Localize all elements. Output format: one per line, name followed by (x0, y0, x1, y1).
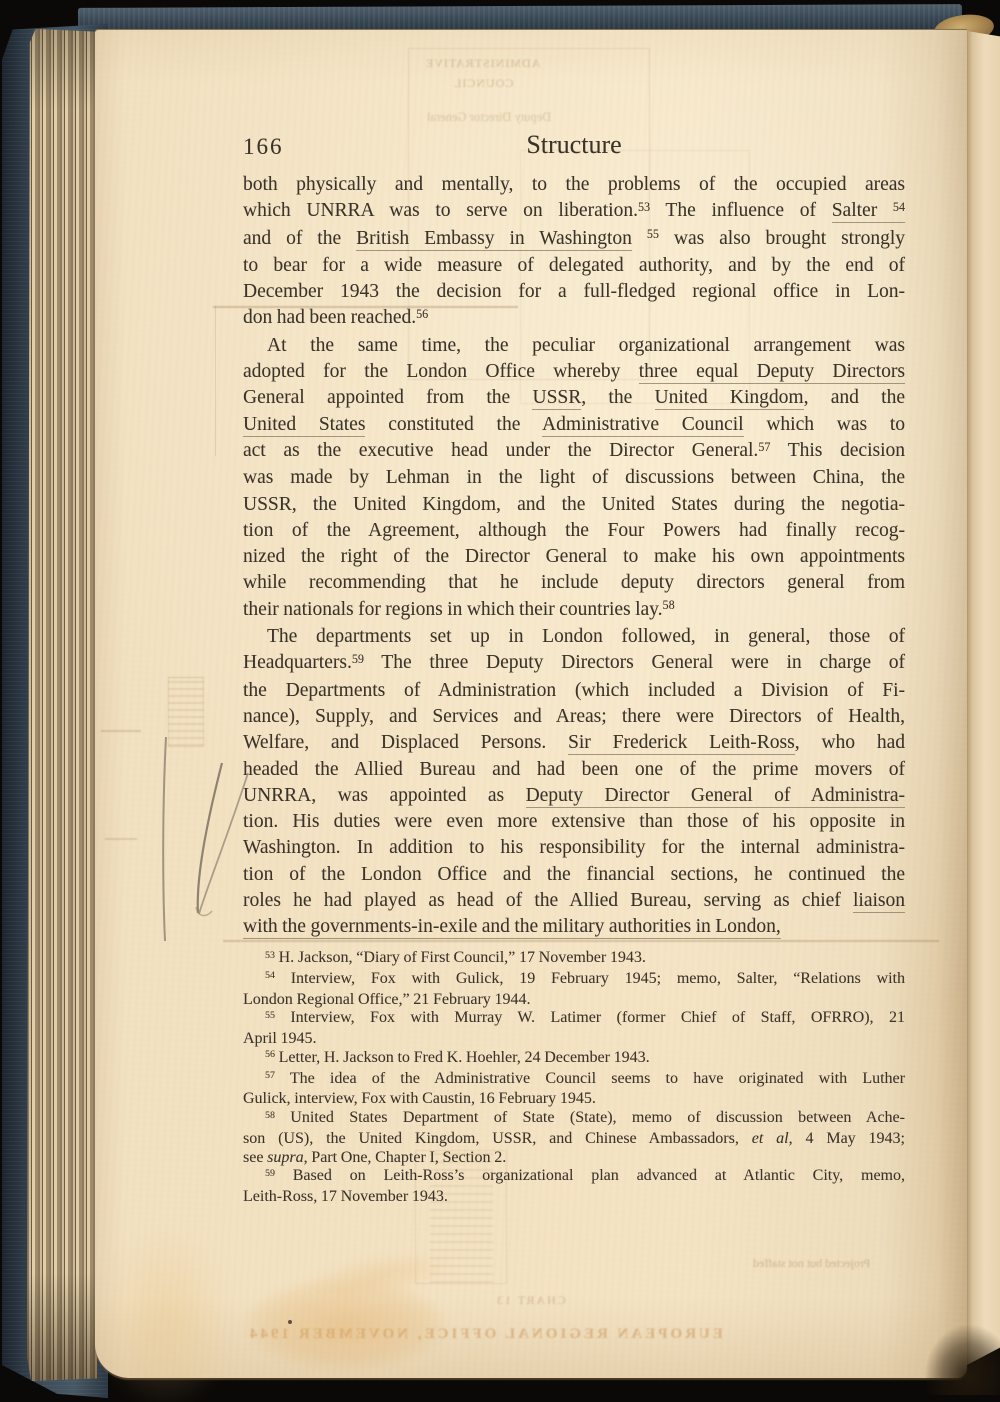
text-line: both physically and mentally, to the pro… (243, 172, 905, 198)
body-text: both physically and mentally, to the pro… (243, 172, 905, 941)
text-line: their nationals for regions in which the… (243, 597, 905, 624)
text-line: tion of the Agreement, although the Four… (243, 518, 905, 544)
text-line: the Departments of Administration (which… (243, 678, 905, 704)
running-head: Structure (243, 130, 905, 160)
text-line: 58 United States Department of State (St… (243, 1109, 905, 1130)
text-line: 53 H. Jackson, “Diary of First Council,”… (243, 949, 905, 970)
text-line: and of the British Embassy in Washington… (243, 226, 905, 253)
text-line: 57 The idea of the Administrative Counci… (243, 1070, 905, 1091)
text-line: don had been reached.56 (243, 305, 905, 332)
text-line: roles he had played as head of the Allie… (243, 888, 905, 914)
text-line: Leith-Ross, 17 November 1943. (243, 1188, 905, 1207)
page-header: 166 Structure (243, 130, 905, 166)
text-line: act as the executive head under the Dire… (243, 438, 905, 465)
book-photo: ADMINISTRATIVE COUNCIL Deputy Director G… (0, 0, 1000, 1402)
text-line: with the governments-in-exile and the mi… (243, 914, 905, 940)
text-line: December 1943 the decision for a full-fl… (243, 279, 905, 305)
bleed-line (101, 730, 141, 732)
text-line: while recommending that he include deput… (243, 570, 905, 596)
text-line: Headquarters.59 The three Deputy Directo… (243, 650, 905, 677)
text-line: nance), Supply, and Services and Areas; … (243, 704, 905, 730)
bleed-text: Deputy Director General (427, 110, 551, 125)
text-line: Washington. In addition to his responsib… (243, 835, 905, 861)
bleed-text: COUNCIL (453, 76, 513, 91)
page-edges-stack (27, 29, 98, 1381)
footnotes: 53 H. Jackson, “Diary of First Council,”… (243, 949, 905, 1207)
text-line: son (US), the United Kingdom, USSR, and … (243, 1130, 905, 1149)
text-line: USSR, the United Kingdom, and the United… (243, 492, 905, 518)
text-line: Gulick, interview, Fox with Caustin, 16 … (243, 1090, 905, 1109)
text-line: tion of the London Office and the financ… (243, 862, 905, 888)
bleed-text: ADMINISTRATIVE (425, 56, 540, 71)
paper-stain (95, 1225, 235, 1402)
text-line: which UNRRA was to serve on liberation.5… (243, 198, 905, 225)
text-line: 59 Based on Leith-Ross’s organizational … (243, 1167, 905, 1188)
bleed-text: CHART 13 (495, 1293, 566, 1308)
pencil-dot (288, 1320, 292, 1324)
bleed-line (105, 838, 137, 840)
text-line: General appointed from the USSR, the Uni… (243, 385, 905, 411)
bleed-chart-box (168, 677, 204, 747)
book-page: ADMINISTRATIVE COUNCIL Deputy Director G… (95, 30, 967, 1378)
text-line: headed the Allied Bureau and had been on… (243, 757, 905, 783)
facing-page-sliver (967, 31, 1000, 1365)
text-line: to bear for a wide measure of delegated … (243, 253, 905, 279)
text-line: The departments set up in London followe… (243, 624, 905, 650)
text-line: nized the right of the Director General … (243, 544, 905, 570)
bleed-text: Projected but not staffed (753, 1256, 870, 1271)
text-line: 54 Interview, Fox with Gulick, 19 Februa… (243, 970, 905, 991)
text-line: April 1945. (243, 1030, 905, 1049)
text-line: At the same time, the peculiar organizat… (243, 333, 905, 359)
text-line: see supra, Part One, Chapter I, Section … (243, 1149, 905, 1168)
gutter-shadow (925, 1325, 1000, 1395)
text-line: adopted for the London Office whereby th… (243, 359, 905, 385)
text-line: London Regional Office,” 21 February 194… (243, 991, 905, 1010)
bleed-line (215, 306, 216, 456)
text-line: 55 Interview, Fox with Murray W. Latimer… (243, 1009, 905, 1030)
text-line: Welfare, and Displaced Persons. Sir Fred… (243, 730, 905, 756)
text-line: United States constituted the Administra… (243, 412, 905, 438)
text-line: tion. His duties were even more extensiv… (243, 809, 905, 835)
text-line: UNRRA, was appointed as Deputy Director … (243, 783, 905, 809)
text-line: was made by Lehman in the light of discu… (243, 465, 905, 491)
text-line: 56 Letter, H. Jackson to Fred K. Hoehler… (243, 1049, 905, 1070)
